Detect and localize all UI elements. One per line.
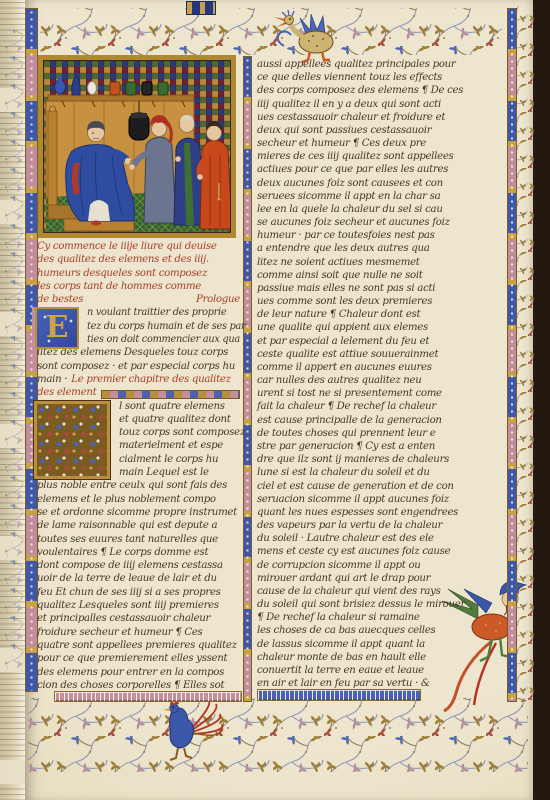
text-line: materielment et espe xyxy=(119,439,240,452)
text-line: ues comme sont les deux premieres xyxy=(257,295,506,308)
text-line: n voulant traittier des proprie xyxy=(87,306,240,319)
text-line: l sont quatre elemens xyxy=(119,400,240,413)
mixed-line: main · Le premier chapitre des qualitez xyxy=(37,373,240,386)
text-line: cialment le corps hu xyxy=(119,453,240,466)
right-text-column: aussi appellees qualitez principales pou… xyxy=(257,58,506,690)
text-line: du soleil · Lautre chaleur est des ele xyxy=(257,532,506,545)
text-line: ues cestassauoir chaleur et froidure et xyxy=(257,111,506,124)
text-line: ceste qualite est attiue souuerainmet xyxy=(257,348,506,361)
text-line: fait la chaleur ¶ De rechef la chaleur xyxy=(257,400,506,413)
text-line: cause de la chaleur qui vient des rays xyxy=(257,585,506,598)
text-line: de lame raisonnable qui est depute a xyxy=(37,519,240,532)
text-line: a entendre que les deux autres qua xyxy=(257,242,506,255)
chapter-rubric: Le premier chapitre des qualitez xyxy=(71,373,230,386)
left-vine-sprigs xyxy=(5,30,23,670)
prologue-text: E n voulant traittier des proprietez du … xyxy=(37,306,240,399)
text-line: les choses de ca bas auecques celles xyxy=(257,624,506,637)
text-line: en air et lair en feu par sa vertu · & xyxy=(257,677,506,690)
text-line: des vapeurs par la vertu de la chaleur xyxy=(257,519,506,532)
text-line: secheur et humeur ¶ Ces deux pre xyxy=(257,137,506,150)
text-line: voulentaires ¶ Le corps domme est xyxy=(37,546,240,559)
text-line: uoir de la terre de leaue de lair et du xyxy=(37,572,240,585)
text-line: mirouer ardant qui art le drap pour xyxy=(257,572,506,585)
text-line: seruacion sicomme il appt aucunes foiz xyxy=(257,493,506,506)
text-line: car nulles des autres qualitez neu xyxy=(257,374,506,387)
manuscript-scan: { "document": { "kind": "illuminated man… xyxy=(0,0,550,800)
left-text-column: Cy commence le iiije liure qui deuisedes… xyxy=(37,240,240,692)
text-line: se et ordonne sicomme propre instrumet xyxy=(37,506,240,519)
text-line: chaleur monte de bas en hault elle xyxy=(257,651,506,664)
rubric-text: de bestes xyxy=(37,293,83,306)
text-line: ties on doit commencier aux qua xyxy=(87,333,240,346)
text-line: aussi appellees qualitez principales pou… xyxy=(257,58,506,71)
text-line: pour ce que premierement elles yssent xyxy=(37,652,240,665)
text-line: lune si est la chaleur du soleil et du xyxy=(257,466,506,479)
text-line: quant les nues espesses sont engendrees xyxy=(257,506,506,519)
text-line: froidure secheur et humeur ¶ Ces xyxy=(37,626,240,639)
bottom-vine-border xyxy=(28,698,528,772)
text-line: passiue mais elles ne sont pas si acti xyxy=(257,282,506,295)
text-line: touz corps sont composez xyxy=(119,426,240,439)
top-vine-border xyxy=(40,8,502,55)
text-line: iiij qualitez il en y a deux qui sont ac… xyxy=(257,98,506,111)
text-line: et principalles cestassauoir chaleur xyxy=(37,612,240,625)
chapter-rubric-tail: des element xyxy=(37,386,96,399)
text-line: du soleil qui sont brisiez dessus le mir… xyxy=(257,598,506,611)
text-line: dre que ilz sont ij manieres de chaleurs xyxy=(257,453,506,466)
text-line: urent si tost ne si presentement come xyxy=(257,387,506,400)
text-line: comme ainsi soit que nulle ne soit xyxy=(257,269,506,282)
rubric-incipit: Cy commence le iiije liure qui deuisedes… xyxy=(37,240,240,306)
initial-E: E xyxy=(35,307,79,349)
text-line: une qualite qui appient aux elemes xyxy=(257,321,506,334)
right-border-bar xyxy=(507,8,517,702)
text-line: cion des choses corporelles ¶ Elles sot xyxy=(37,679,240,692)
text-line: feu Et chun de ses iiij si a ses propres xyxy=(37,586,240,599)
text-line: main Lequel est le xyxy=(119,466,240,479)
chapter-initial-block xyxy=(34,401,110,479)
text-line: de corrupcion sicomme il appt ou xyxy=(257,559,506,572)
text-line: plus noble entre ceulx qui sont fais des xyxy=(37,479,240,492)
prologue-heading: Prologue xyxy=(196,293,240,306)
text-line: Cy commence le iiije liure qui deuise xyxy=(37,240,240,253)
text-line: humeur · par ce toutesfoies nest pas xyxy=(257,229,506,242)
greek-key-bar-left xyxy=(54,691,242,702)
text-line: de leur nature ¶ Chaleur dont est xyxy=(257,308,506,321)
text-line: se aucunes foiz secheur et aucunes foiz xyxy=(257,216,506,229)
text-line: des qualitez des elemens et des iiij. xyxy=(37,253,240,266)
rubric-last-line: de bestes Prologue xyxy=(37,293,240,306)
text-line: toutes ses euures tant naturelles que xyxy=(37,533,240,546)
text-line: de toutes choses qui prennent leur e xyxy=(257,427,506,440)
text-line: lee en la quele la chaleur du sel si cau xyxy=(257,203,506,216)
text-line: sont composez · et par especial corps hu xyxy=(37,360,240,373)
text-line: et par especial a lelement du feu et xyxy=(257,335,506,348)
text-line: actiues pour ce que par elles les autres xyxy=(257,163,506,176)
text-line: est cause principalle de la generacion xyxy=(257,414,506,427)
text-line: qualitez Lesqueles sont iiij premieres xyxy=(37,599,240,612)
text-line: seruees sicomme il appt en la char sa xyxy=(257,190,506,203)
text-line: mieres de ces iiij qualitez sont appelle… xyxy=(257,150,506,163)
text-line: deux aucunes foiz sont causees et con xyxy=(257,177,506,190)
text-line: mens et ceste cy est aucunes foiz cause xyxy=(257,545,506,558)
text-line: deux qui sont passiues cestassauoir xyxy=(257,124,506,137)
text-line: litez ne soient actiues mesmemet xyxy=(257,256,506,269)
chapter-text: l sont quatre elemenset quatre qualitez … xyxy=(37,400,240,693)
text-line: des corps composez des elemens ¶ De ces xyxy=(257,84,506,97)
text-line: dont compose de iiij elemens cestassa xyxy=(37,559,240,572)
text-line: stre par generacion ¶ Cy est a enten xyxy=(257,440,506,453)
text-line: et quatre qualitez dont xyxy=(119,413,240,426)
greek-key-bar-right xyxy=(257,689,421,701)
line-filler-ornament xyxy=(101,390,240,399)
text-line: de lassus sicomme il appt quant la xyxy=(257,638,506,651)
text-line: elemens et le plus noblement compo xyxy=(37,493,240,506)
text-line: ¶ De rechef la chaleur si ramaine xyxy=(257,611,506,624)
body-text: main · xyxy=(37,373,67,386)
text-line: tez du corps humain et de ses par xyxy=(87,320,240,333)
text-line: ce que delles viennent touz les effects xyxy=(257,71,506,84)
text-line: des elemens pour entrer en la compos xyxy=(37,666,240,679)
quire-signature-ornament xyxy=(186,1,216,15)
text-line: conuertit la terre en eaue et leaue xyxy=(257,664,506,677)
miniature xyxy=(38,55,236,238)
column-divider-bar xyxy=(243,56,252,702)
text-line: comme il appert en aucunes euures xyxy=(257,361,506,374)
text-line: humeurs desqueles sont composez xyxy=(37,267,240,280)
text-line: ciel et est cause de generation et de co… xyxy=(257,480,506,493)
chapter-rubric-tail-line: des element xyxy=(37,386,240,399)
text-line: les corps tant de hommes comme xyxy=(37,280,240,293)
text-line: quatre sont appellees premieres qualitez xyxy=(37,639,240,652)
